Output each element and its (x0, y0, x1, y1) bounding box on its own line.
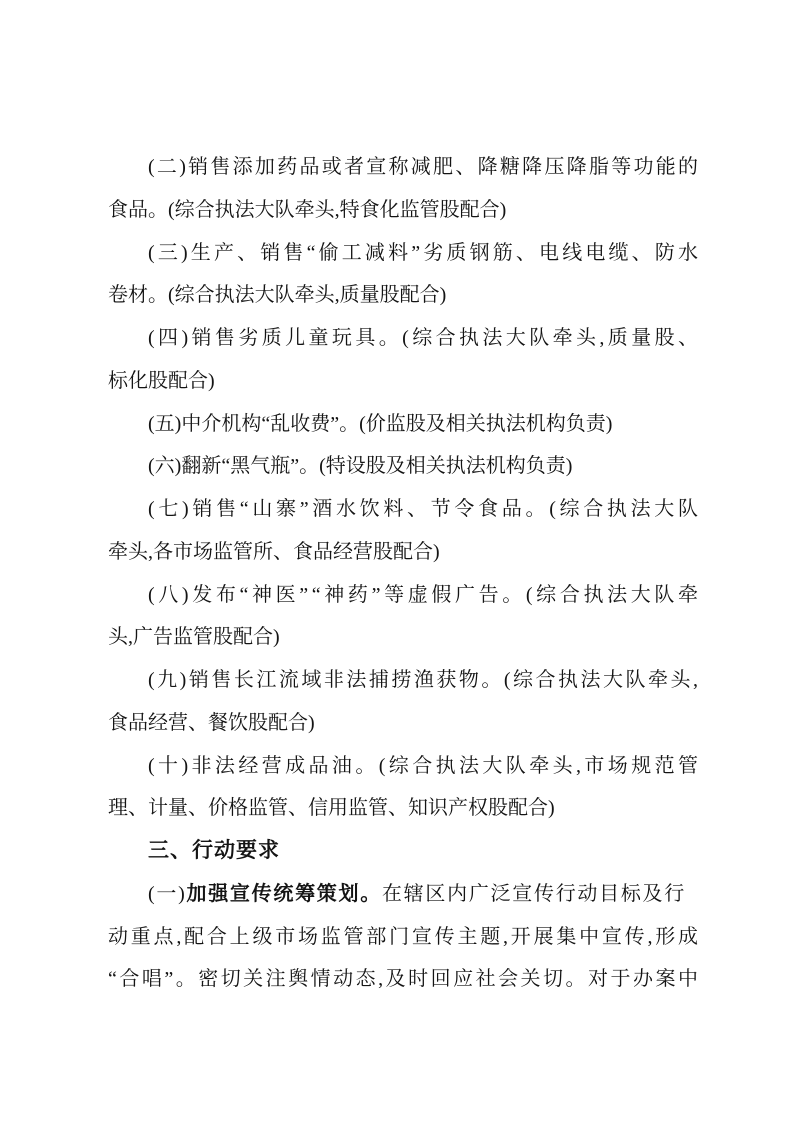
doc-line: 卷材。(综合执法大队牵头,质量股配合) (108, 274, 698, 317)
doc-line: 食品经营、餐饮股配合) (108, 702, 698, 745)
document-page: { "page": { "background_color": "#ffffff… (0, 0, 793, 1122)
doc-line: (十)非法经营成品油。(综合执法大队牵头,市场规范管 (108, 745, 698, 788)
doc-line: 标化股配合) (108, 360, 698, 403)
doc-line: (七)销售“山寨”酒水饮料、节令食品。(综合执法大队 (108, 488, 698, 531)
doc-line: (六)翻新“黑气瓶”。(特设股及相关执法机构负责) (108, 445, 698, 488)
doc-line: (一)加强宣传统筹策划。在辖区内广泛宣传行动目标及行 (108, 873, 698, 916)
doc-line: (八)发布“神医”“神药”等虚假广告。(综合执法大队牵 (108, 574, 698, 617)
line-rest: 在辖区内广泛宣传行动目标及行 (382, 883, 686, 905)
item-number: (一) (148, 883, 186, 905)
doc-line: (九)销售长江流域非法捕捞渔获物。(综合执法大队牵头, (108, 659, 698, 702)
doc-line: 头,广告监管股配合) (108, 616, 698, 659)
section-heading: 三、行动要求 (108, 830, 698, 873)
bold-lead: 加强宣传统筹策划。 (186, 883, 381, 905)
doc-line: 牵头,各市场监管所、食品经营股配合) (108, 531, 698, 574)
doc-line: (五)中介机构“乱收费”。(价监股及相关执法机构负责) (108, 403, 698, 446)
doc-line: 动重点,配合上级市场监管部门宣传主题,开展集中宣传,形成 (108, 916, 698, 959)
doc-line: (三)生产、销售“偷工减料”劣质钢筋、电线电缆、防水 (108, 232, 698, 275)
doc-line: “合唱”。密切关注舆情动态,及时回应社会关切。对于办案中 (108, 958, 698, 1001)
document-body: (二)销售添加药品或者宣称减肥、降糖降压降脂等功能的 食品。(综合执法大队牵头,… (108, 146, 698, 1001)
doc-line: 理、计量、价格监管、信用监管、知识产权股配合) (108, 787, 698, 830)
doc-line: 食品。(综合执法大队牵头,特食化监管股配合) (108, 189, 698, 232)
doc-line: (四)销售劣质儿童玩具。(综合执法大队牵头,质量股、 (108, 317, 698, 360)
doc-line: (二)销售添加药品或者宣称减肥、降糖降压降脂等功能的 (108, 146, 698, 189)
